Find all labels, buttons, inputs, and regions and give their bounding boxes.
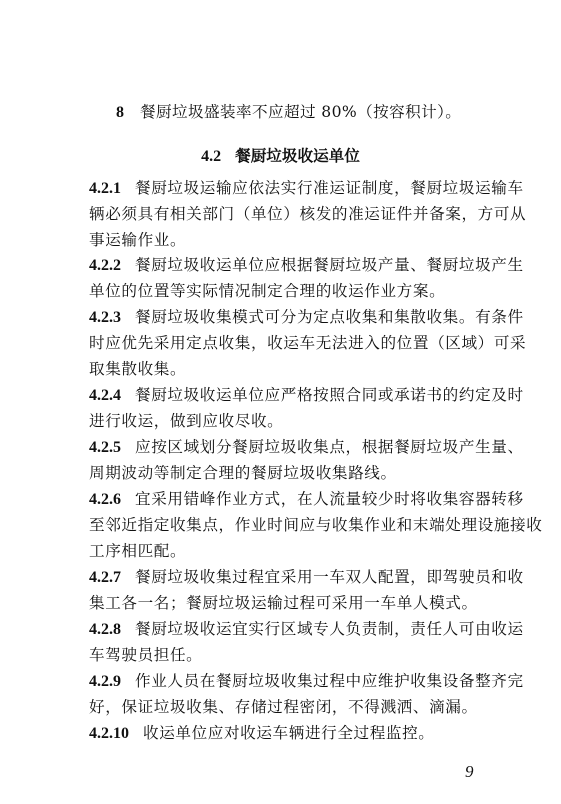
clause-text-line: 事运输作业。: [89, 230, 186, 250]
clause-text-line: 工序相匹配。: [89, 541, 186, 561]
clause-text: 宜采用错峰作业方式，在人流量较少时将收集容器转移: [135, 490, 524, 508]
clause-text-line: 周期波动等制定合理的餐厨垃圾收集路线。: [89, 463, 397, 483]
clause-4-2-6: 4.2.6宜采用错峰作业方式，在人流量较少时将收集容器转移: [89, 489, 524, 510]
clause-4-2-9: 4.2.9作业人员在餐厨垃圾收集过程中应维护收集设备整齐完: [89, 671, 524, 692]
clause-4-2-1: 4.2.1餐厨垃圾运输应依法实行准运证制度，餐厨垃圾运输车: [89, 178, 524, 199]
clause-number: 4.2.3: [89, 309, 121, 326]
clause-text-line: 时应优先采用定点收集，收运车无法进入的位置（区域）可采: [89, 333, 526, 353]
clause-number: 4.2.10: [89, 725, 129, 742]
item-number: 8: [116, 104, 124, 121]
clause-4-2-10: 4.2.10收运单位应对收运车辆进行全过程监控。: [89, 723, 435, 744]
clause-number: 4.2.1: [89, 180, 121, 197]
clause-number: 4.2.7: [89, 569, 121, 586]
clause-number: 4.2.8: [89, 621, 121, 638]
clause-text: 餐厨垃圾收集过程宜采用一车双人配置，即驾驶员和收: [135, 568, 524, 586]
clause-4-2-4: 4.2.4餐厨垃圾收运单位应严格按照合同或承诺书的约定及时: [89, 385, 524, 406]
clause-text: 餐厨垃圾收集模式可分为定点收集和集散收集。有条件: [135, 308, 524, 326]
list-item-8: 8餐厨垃圾盛装率不应超过 80%（按容积计）。: [116, 102, 461, 123]
clause-text-line: 取集散收集。: [89, 359, 186, 379]
clause-number: 4.2.6: [89, 491, 121, 508]
clause-text-line: 至邻近指定收集点，作业时间应与收集作业和末端处理设施接收: [89, 515, 542, 535]
clause-4-2-7: 4.2.7餐厨垃圾收集过程宜采用一车双人配置，即驾驶员和收: [89, 567, 524, 588]
clause-text: 收运单位应对收运车辆进行全过程监控。: [143, 724, 435, 742]
clause-text-line: 车驾驶员担任。: [89, 645, 202, 665]
clause-4-2-8: 4.2.8餐厨垃圾收运宜实行区域专人负责制，责任人可由收运: [89, 619, 524, 640]
clause-text-line: 进行收运，做到应收尽收。: [89, 411, 283, 431]
section-title: 餐厨垃圾收运单位: [235, 146, 360, 165]
clause-text: 餐厨垃圾收运单位应根据餐厨垃圾产量、餐厨垃圾产生: [135, 256, 524, 274]
clause-text-line: 集工各一名；餐厨垃圾运输过程可采用一车单人模式。: [89, 593, 478, 613]
clause-4-2-5: 4.2.5应按区域划分餐厨垃圾收集点，根据餐厨垃圾产生量、: [89, 437, 524, 458]
clause-text-line: 单位的位置等实际情况制定合理的收运作业方案。: [89, 281, 445, 301]
clause-number: 4.2.4: [89, 387, 121, 404]
clause-number: 4.2.9: [89, 673, 121, 690]
section-number: 4.2: [201, 148, 221, 165]
clause-4-2-2: 4.2.2餐厨垃圾收运单位应根据餐厨垃圾产量、餐厨垃圾产生: [89, 255, 524, 276]
page-number: 9: [465, 762, 474, 782]
item-text: 餐厨垃圾盛装率不应超过 80%（按容积计）。: [140, 103, 461, 121]
clause-text: 餐厨垃圾收运宜实行区域专人负责制，责任人可由收运: [135, 620, 524, 638]
section-heading: 4.2餐厨垃圾收运单位: [0, 146, 561, 167]
clause-number: 4.2.5: [89, 439, 121, 456]
clause-number: 4.2.2: [89, 257, 121, 274]
clause-text-line: 好，保证垃圾收集、存储过程密闭，不得溅洒、滴漏。: [89, 697, 478, 717]
clause-text: 作业人员在餐厨垃圾收集过程中应维护收集设备整齐完: [135, 672, 524, 690]
clause-text-line: 辆必须具有相关部门（单位）核发的准运证件并备案，方可从: [89, 204, 526, 224]
clause-text: 餐厨垃圾收运单位应严格按照合同或承诺书的约定及时: [135, 386, 524, 404]
clause-text: 餐厨垃圾运输应依法实行准运证制度，餐厨垃圾运输车: [135, 179, 524, 197]
clause-text: 应按区域划分餐厨垃圾收集点，根据餐厨垃圾产生量、: [135, 438, 524, 456]
clause-4-2-3: 4.2.3餐厨垃圾收集模式可分为定点收集和集散收集。有条件: [89, 307, 524, 328]
